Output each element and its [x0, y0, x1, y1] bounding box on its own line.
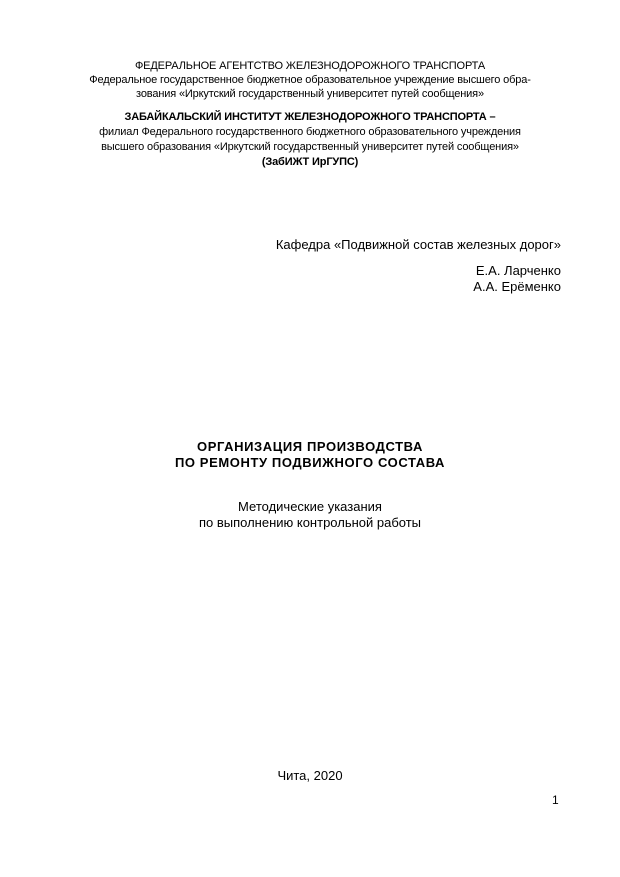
subtitle-line-1: Методические указания: [0, 499, 620, 515]
authors-block: Е.А. Ларченко А.А. Ерёменко: [473, 263, 561, 295]
title-line-2: ПО РЕМОНТУ ПОДВИЖНОГО СОСТАВА: [0, 455, 620, 471]
branch-abbreviation: (ЗабИЖТ ИрГУПС): [0, 155, 620, 170]
subtitle-line-2: по выполнению контрольной работы: [0, 515, 620, 531]
university-line-2: зования «Иркутский государственный униве…: [0, 87, 620, 101]
university-line-1: Федеральное государственное бюджетное об…: [0, 73, 620, 87]
branch-name: ЗАБАЙКАЛЬСКИЙ ИНСТИТУТ ЖЕЛЕЗНОДОРОЖНОГО …: [0, 110, 620, 125]
department-name: Кафедра «Подвижной состав железных дорог…: [276, 237, 561, 253]
page-number: 1: [552, 793, 559, 807]
branch-block: ЗАБАЙКАЛЬСКИЙ ИНСТИТУТ ЖЕЛЕЗНОДОРОЖНОГО …: [0, 110, 620, 170]
document-subtitle: Методические указания по выполнению конт…: [0, 499, 620, 531]
branch-description-line-1: филиал Федерального государственного бюд…: [0, 125, 620, 140]
title-line-1: ОРГАНИЗАЦИЯ ПРОИЗВОДСТВА: [0, 439, 620, 455]
document-title: ОРГАНИЗАЦИЯ ПРОИЗВОДСТВА ПО РЕМОНТУ ПОДВ…: [0, 439, 620, 471]
author-2: А.А. Ерёменко: [473, 279, 561, 295]
header-agency-block: ФЕДЕРАЛЬНОЕ АГЕНТСТВО ЖЕЛЕЗНОДОРОЖНОГО Т…: [0, 59, 620, 101]
branch-description-line-2: высшего образования «Иркутский государст…: [0, 140, 620, 155]
city-year: Чита, 2020: [0, 768, 620, 784]
document-page: ФЕДЕРАЛЬНОЕ АГЕНТСТВО ЖЕЛЕЗНОДОРОЖНОГО Т…: [0, 0, 620, 877]
author-1: Е.А. Ларченко: [473, 263, 561, 279]
agency-name: ФЕДЕРАЛЬНОЕ АГЕНТСТВО ЖЕЛЕЗНОДОРОЖНОГО Т…: [0, 59, 620, 73]
